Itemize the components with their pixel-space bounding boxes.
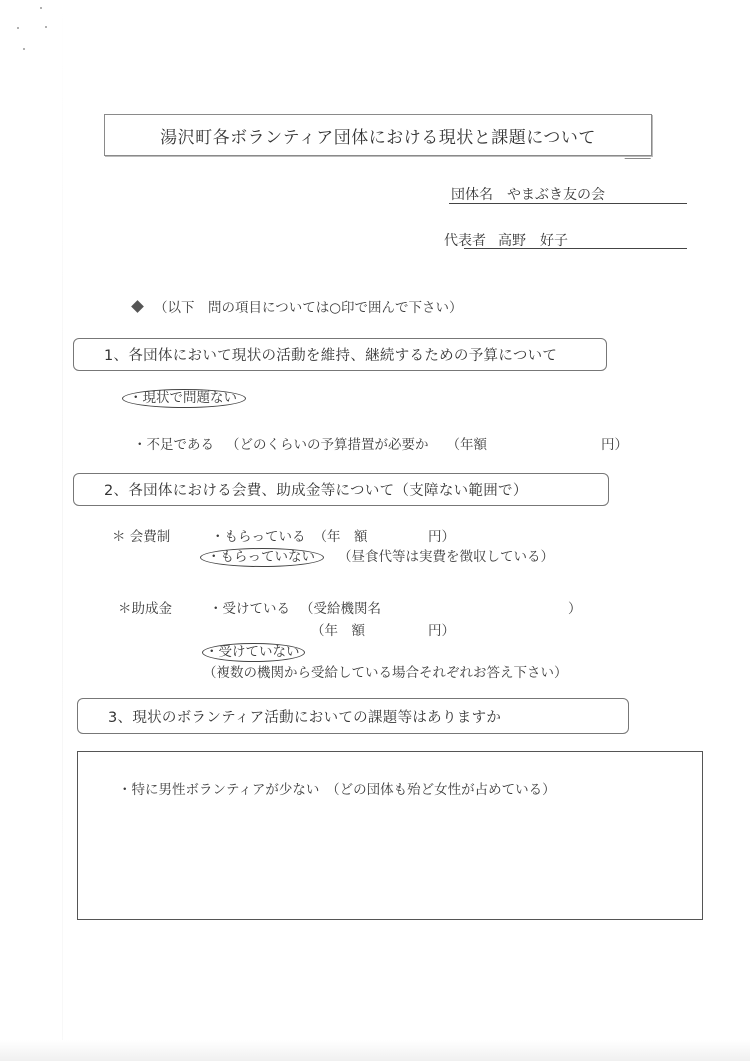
section-3-answer-box[interactable]: ・特に男性ボランティアが少ない （どの団体も殆ど女性が占めている）	[77, 751, 703, 920]
selected-circle-mark: ・もらっていない	[200, 548, 324, 567]
title-box-fold	[624, 150, 655, 159]
scan-bottom-shadow	[0, 1040, 750, 1061]
membership-fee-yen-unit: 円）	[428, 525, 455, 545]
section-1-option-insufficient[interactable]: ・不足である（どのくらいの予算措置が必要か（年額	[133, 433, 487, 453]
section-2-heading: 2、各団体における会費、助成金等について（支障ない範囲で）	[104, 479, 528, 500]
instruction-text: （以下 問の項目については○印で囲んで下さい）	[154, 300, 463, 316]
subsidy-annual-amount-label: （年 額	[311, 619, 365, 639]
instruction-line: （以下 問の項目については○印で囲んで下さい）	[133, 296, 463, 316]
section-1-heading: 1、各団体において現状の活動を維持、継続するための予算について	[104, 344, 557, 365]
diamond-bullet-icon	[131, 300, 144, 313]
section-2-heading-box: 2、各団体における会費、助成金等について（支障ない範囲で）	[73, 473, 609, 506]
organization-underline	[449, 203, 687, 204]
scan-speck	[17, 27, 19, 29]
document-title-box: 湯沢町各ボランティア団体における現状と課題について	[104, 114, 652, 156]
organization-field: 団体名やまぶき友の会	[451, 184, 605, 204]
representative-value: 高野 好子	[498, 233, 568, 249]
subsidy-footnote: （複数の機関から受給している場合それぞれお答え下さい）	[203, 661, 568, 681]
section-1-yen-unit: 円）	[601, 433, 628, 453]
scan-speck	[23, 48, 25, 50]
subsidy-agency-close-paren: ）	[568, 597, 582, 617]
scan-page-edge	[62, 0, 63, 1061]
subsidy-option-receiving[interactable]: ・受けている（受給機関名	[209, 597, 381, 617]
section-1-heading-box: 1、各団体において現状の活動を維持、継続するための予算について	[73, 338, 607, 371]
membership-fee-option-not-receiving[interactable]: ・もらっていない（昼食代等は実費を徴収している）	[200, 545, 554, 565]
scan-speck	[40, 7, 42, 9]
selected-circle-mark: ・受けていない	[202, 643, 305, 662]
subsidy-option-not-receiving[interactable]: ・受けていない	[202, 640, 305, 660]
membership-fee-label: ＊ 会費制	[112, 525, 170, 545]
subsidy-yen-unit: 円）	[428, 619, 455, 639]
representative-field: 代表者高野 好子	[444, 230, 568, 250]
section-3-heading-box: 3、現状のボランティア活動においての課題等はありますか	[77, 698, 629, 734]
representative-label: 代表者	[444, 233, 486, 249]
section-3-heading: 3、現状のボランティア活動においての課題等はありますか	[108, 706, 501, 727]
section-1-option-no-problem[interactable]: ・現状で問題ない	[122, 386, 246, 406]
document-title: 湯沢町各ボランティア団体における現状と課題について	[160, 123, 596, 148]
representative-underline	[464, 248, 687, 249]
organization-label: 団体名	[451, 187, 493, 203]
membership-fee-option-receiving[interactable]: ・もらっている（年 額	[211, 525, 368, 545]
selected-circle-mark: ・現状で問題ない	[122, 389, 246, 408]
section-3-answer-text: ・特に男性ボランティアが少ない （どの団体も殆ど女性が占めている）	[118, 778, 556, 798]
scan-speck	[45, 26, 47, 28]
organization-value: やまぶき友の会	[507, 187, 605, 203]
subsidy-label: ＊助成金	[118, 597, 172, 617]
